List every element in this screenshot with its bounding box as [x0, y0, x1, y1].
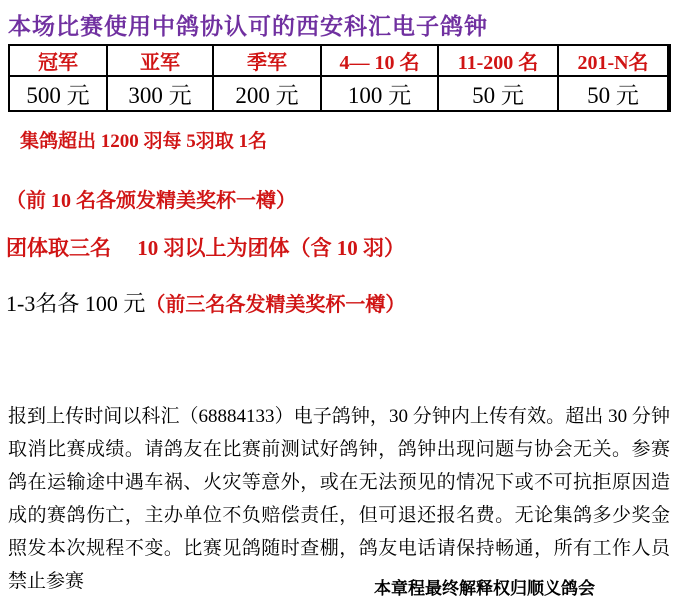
- prize-table-header-cell: 冠军: [9, 45, 107, 76]
- prize-table-value-row: 500 元 300 元 200 元 100 元 50 元 50 元: [9, 76, 669, 111]
- rule-team-prize: 1-3名各 100 元（前三名各发精美奖杯一樽）: [6, 287, 405, 318]
- notice-paragraph: 报到上传时间以科汇（68884133）电子鸽钟，30 分钟内上传有效。超出 30…: [8, 400, 670, 598]
- prize-table-header-cell: 201-N名: [558, 45, 669, 76]
- prize-table-value-cell: 50 元: [438, 76, 558, 111]
- footer-interpretation-note: 本章程最终解释权归顺义鸽会: [374, 574, 595, 599]
- page-title: 本场比赛使用中鸽协认可的西安科汇电子鸽钟: [8, 8, 488, 41]
- rule-top10-trophy: （前 10 名各颁发精美奖杯一樽）: [6, 184, 296, 213]
- rule-team-prize-trophy: （前三名各发精美奖杯一樽）: [145, 294, 405, 316]
- prize-table-value-cell: 300 元: [107, 76, 213, 111]
- prize-table-header-row: 冠军 亚军 季军 4— 10 名 11-200 名 201-N名: [9, 45, 669, 76]
- rule-collection-quota: 集鸽超出 1200 羽每 5羽取 1名: [20, 126, 267, 153]
- prize-table-header-cell: 11-200 名: [438, 45, 558, 76]
- prize-table-header-cell: 季军: [213, 45, 321, 76]
- prize-table: 冠军 亚军 季军 4— 10 名 11-200 名 201-N名 500 元 3…: [8, 44, 671, 112]
- prize-table-value-cell: 50 元: [558, 76, 669, 111]
- prize-table-value-cell: 200 元: [213, 76, 321, 111]
- prize-table-value-cell: 100 元: [321, 76, 438, 111]
- rule-team-definition: 团体取三名 10 羽以上为团体（含 10 羽）: [6, 232, 405, 262]
- rules-document-page: 本场比赛使用中鸽协认可的西安科汇电子鸽钟 冠军 亚军 季军 4— 10 名 11…: [0, 0, 676, 616]
- prize-table-header-cell: 亚军: [107, 45, 213, 76]
- prize-table-value-cell: 500 元: [9, 76, 107, 111]
- prize-table-header-cell: 4— 10 名: [321, 45, 438, 76]
- rule-team-prize-amount: 1-3名各 100 元: [6, 291, 145, 316]
